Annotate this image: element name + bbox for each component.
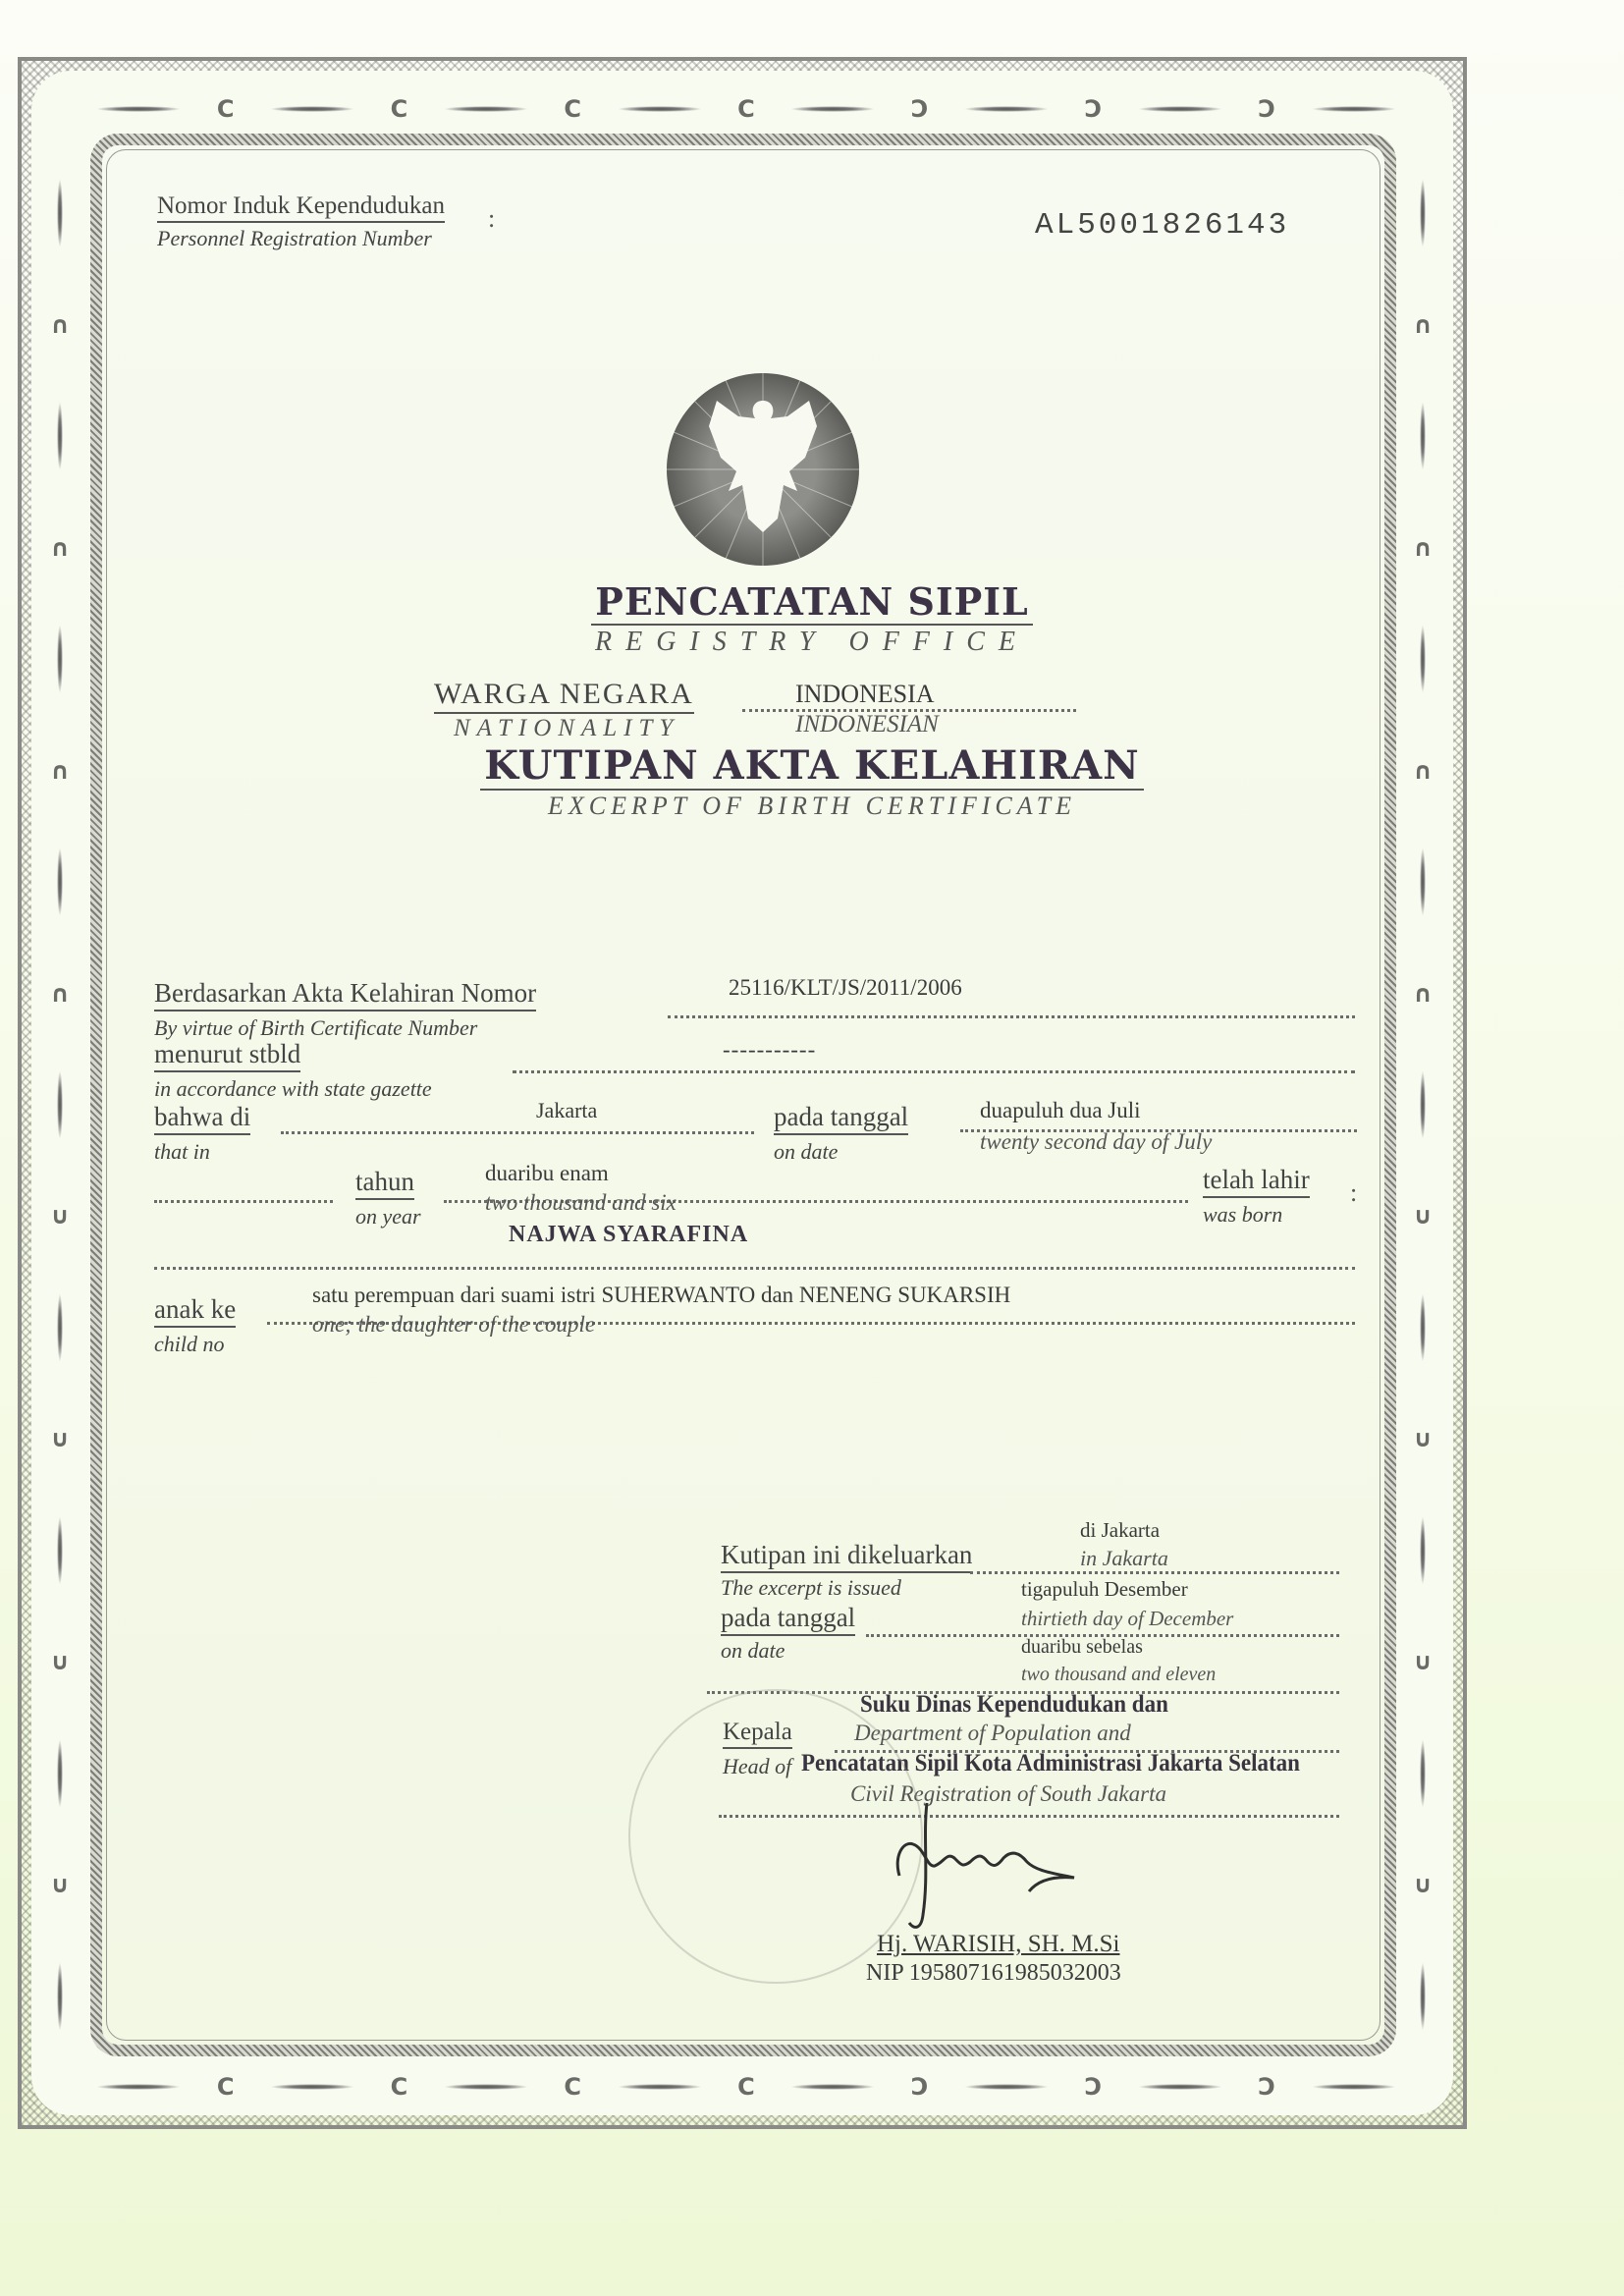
office-line1-en: Department of Population and	[854, 1721, 1131, 1746]
signatory-name: Hj. WARISIH, SH. M.Si	[877, 1931, 1120, 1958]
ornament-column-right: ∩∩∩∩∪∪∪∪	[1408, 147, 1437, 2062]
nik-value: AL5001826143	[1035, 208, 1289, 243]
child-no-value-en: one; the daughter of the couple	[312, 1312, 595, 1338]
stbld-label-en: in accordance with state gazette	[154, 1076, 432, 1102]
garuda-emblem-icon	[660, 371, 866, 568]
nationality-value: INDONESIA	[795, 680, 935, 709]
nationality-label-en: NATIONALITY	[454, 715, 679, 742]
child-no-label: anak ke	[154, 1294, 236, 1328]
ornament-row-bottom: CCCCↃↃↃ	[79, 2072, 1414, 2102]
child-no-value: satu perempuan dari suami istri SUHERWAN…	[312, 1283, 1010, 1308]
place-dotted-line	[281, 1131, 754, 1134]
cert-number-label-en: By virtue of Birth Certificate Number	[154, 1015, 477, 1041]
ornament-column-left: ∩∩∩∩∪∪∪∪	[45, 147, 75, 2062]
date-label: pada tanggal	[774, 1102, 908, 1135]
child-name: NAJWA SYARAFINA	[509, 1222, 748, 1248]
signatory-nip: NIP 195807161985032003	[866, 1960, 1121, 1987]
stbld-label: menurut stbld	[154, 1039, 300, 1072]
nik-label-en: Personnel Registration Number	[157, 226, 432, 251]
ornament-row-top: CCCCↃↃↃ	[79, 94, 1414, 124]
stbld-value: -----------	[723, 1037, 816, 1063]
born-label-en: was born	[1203, 1202, 1282, 1228]
nik-colon: :	[488, 204, 495, 234]
issued-place-dotted-line	[970, 1571, 1339, 1574]
issued-place-en: in Jakarta	[1080, 1546, 1168, 1571]
cert-number-value: 25116/KLT/JS/2011/2006	[729, 975, 962, 1001]
year-label-en: on year	[355, 1204, 421, 1230]
issued-date-en: thirtieth day of December	[1021, 1607, 1233, 1631]
issued-date-label: pada tanggal	[721, 1603, 855, 1636]
child-no-label-en: child no	[154, 1332, 225, 1357]
office-title: PENCATATAN SIPIL	[591, 579, 1032, 626]
born-colon: :	[1350, 1178, 1357, 1208]
cert-number-dotted-line	[668, 1015, 1355, 1018]
nationality-value-en: INDONESIAN	[795, 711, 939, 738]
born-label: telah lahir	[1203, 1165, 1310, 1198]
nik-label: Nomor Induk Kependudukan	[157, 192, 445, 223]
year-label: tahun	[355, 1167, 414, 1200]
nationality-label: WARGA NEGARA	[434, 678, 694, 714]
year-value-en: two thousand and six	[485, 1190, 677, 1216]
date-label-en: on date	[774, 1139, 838, 1165]
cert-number-label: Berdasarkan Akta Kelahiran Nomor	[154, 978, 536, 1011]
document-title: KUTIPAN AKTA KELAHIRAN	[480, 742, 1144, 791]
document-title-en: EXCERPT OF BIRTH CERTIFICATE	[0, 792, 1624, 821]
stbld-dotted-line	[513, 1070, 1355, 1073]
date-value: duapuluh dua Juli	[980, 1098, 1141, 1123]
child-name-dotted-line	[154, 1267, 1355, 1270]
issued-label-en: The excerpt is issued	[721, 1575, 901, 1601]
issued-place: di Jakarta	[1080, 1518, 1160, 1543]
issued-date: tigapuluh Desember	[1021, 1577, 1188, 1602]
place-label: bahwa di	[154, 1102, 250, 1135]
issued-year: duaribu sebelas	[1021, 1636, 1143, 1659]
issued-date-label-en: on date	[721, 1638, 785, 1664]
office-line1: Suku Dinas Kependudukan dan	[860, 1691, 1168, 1719]
place-label-en: that in	[154, 1139, 210, 1165]
place-value: Jakarta	[536, 1098, 597, 1123]
office-title-en: REGISTRY OFFICE	[0, 627, 1624, 658]
year-leading-dotted-line	[154, 1200, 333, 1203]
date-value-en: twenty second day of July	[980, 1129, 1212, 1155]
year-value: duaribu enam	[485, 1161, 609, 1186]
issued-year-en: two thousand and eleven	[1021, 1664, 1216, 1686]
issued-label: Kutipan ini dikeluarkan	[721, 1540, 972, 1573]
